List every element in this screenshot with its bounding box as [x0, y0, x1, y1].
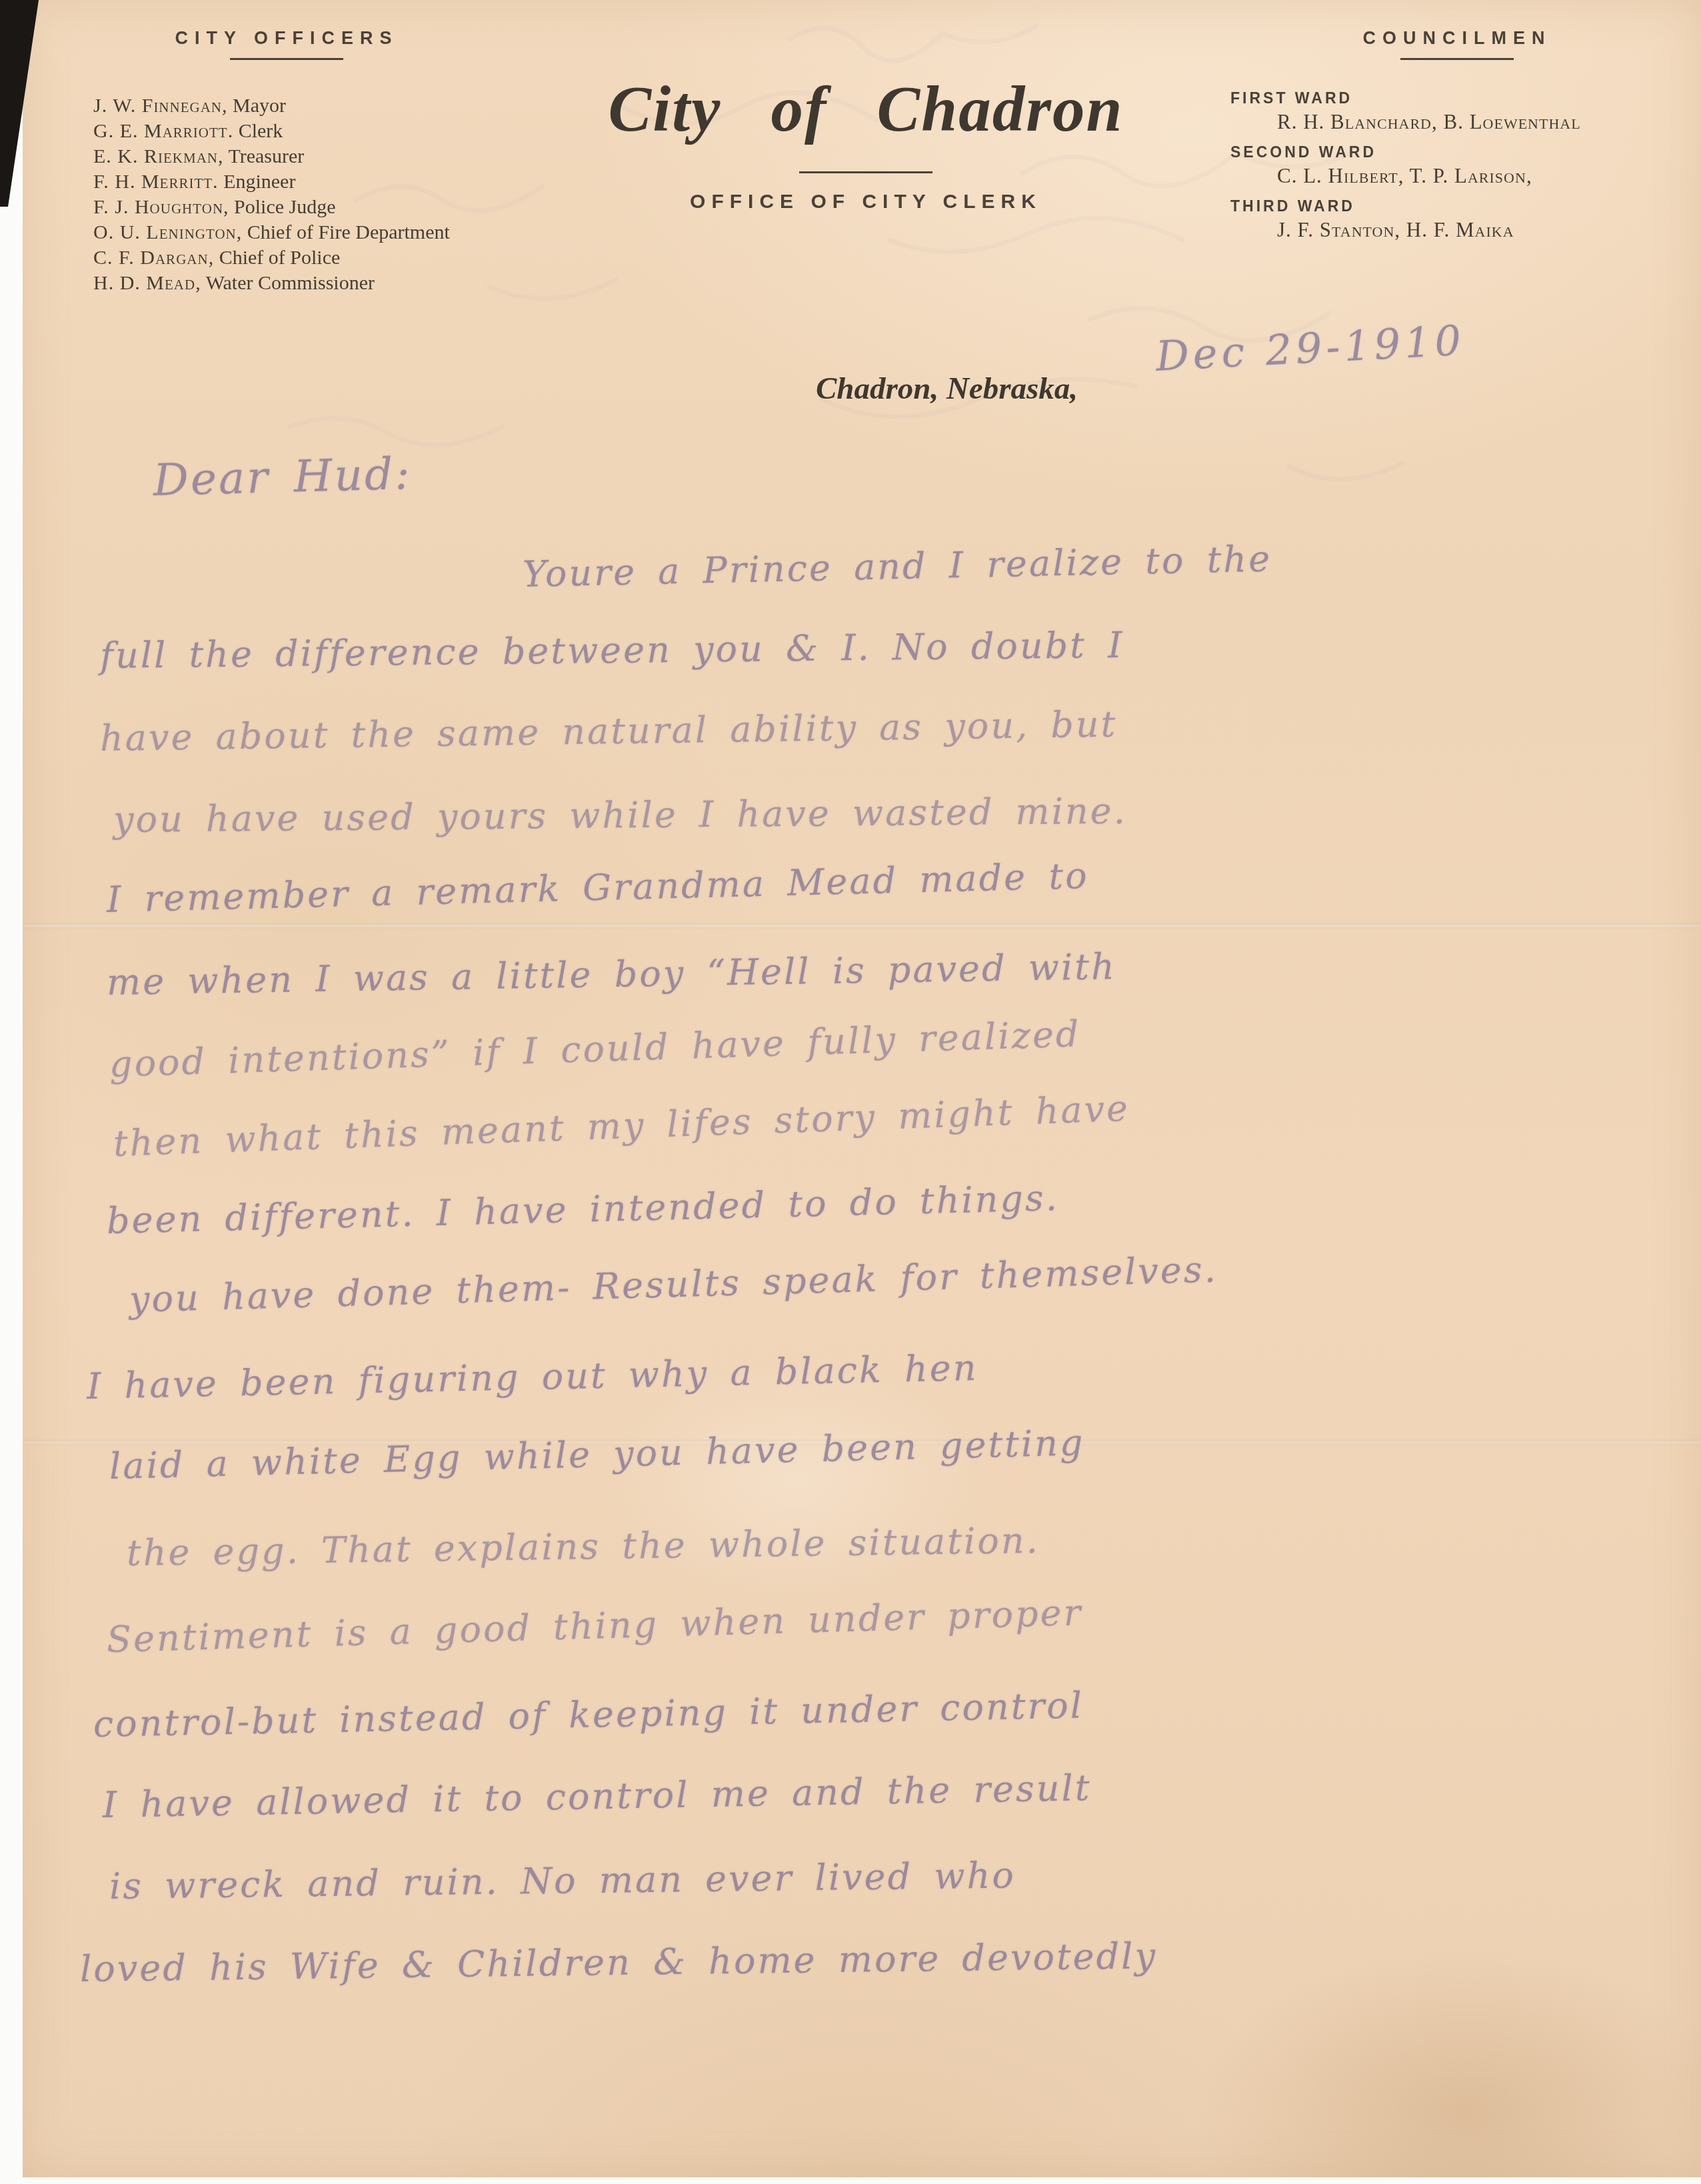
- page-title: City of Chadron: [589, 72, 1142, 146]
- officer-role: Engineer: [223, 171, 295, 193]
- letter-line: you have used yours while I have wasted …: [113, 790, 1127, 841]
- letter-line: Sentiment is a good thing when under pro…: [106, 1591, 1083, 1661]
- letter-line: loved his Wife & Children & home more de…: [80, 1935, 1158, 1990]
- city-officers-heading: CITY OFFICERS: [67, 28, 507, 49]
- letter-line: you have done them- Results speak for th…: [129, 1248, 1218, 1321]
- city-officers-divider: [230, 58, 343, 60]
- officer-role: Mayor: [233, 95, 286, 117]
- letter-line: then what this meant my lifes story migh…: [113, 1087, 1130, 1165]
- officer-name: F. H. Merritt.: [93, 171, 219, 193]
- ward-label: FIRST WARD: [1230, 89, 1684, 107]
- letter-line: me when I was a little boy “Hell is pave…: [107, 945, 1117, 1003]
- letter-line: is wreck and ruin. No man ever lived who: [109, 1854, 1016, 1907]
- fold-crease-upper: [23, 923, 1701, 928]
- officer-row: E. K. Riekman, Treasurer: [93, 144, 507, 169]
- salutation: Dear Hud:: [153, 448, 412, 506]
- letter-line: have about the same natural ability as y…: [100, 703, 1118, 759]
- officer-role: Chief of Police: [219, 247, 341, 269]
- office-subtitle: OFFICE OF CITY CLERK: [589, 191, 1142, 213]
- officer-row: F. H. Merritt. Engineer: [93, 169, 507, 195]
- ward-label: THIRD WARD: [1230, 197, 1684, 215]
- ward-members: R. H. Blanchard, B. Loewenthal: [1230, 110, 1684, 134]
- ward-members: J. F. Stanton, H. F. Maika: [1230, 218, 1684, 242]
- letter-paper: CITY OFFICERS J. W. Finnegan, Mayor G. E…: [23, 0, 1701, 2177]
- letter-line: the egg. That explains the whole situati…: [127, 1519, 1040, 1574]
- letter-line: I have been figuring out why a black hen: [86, 1347, 978, 1407]
- officer-name: E. K. Riekman,: [93, 145, 224, 167]
- officer-name: J. W. Finnegan,: [93, 95, 228, 117]
- letter-line: been different. I have intended to do th…: [106, 1177, 1059, 1242]
- officer-row: O. U. Lenington, Chief of Fire Departmen…: [93, 220, 507, 245]
- officer-row: H. D. Mead, Water Commissioner: [93, 271, 507, 296]
- officer-role: Water Commissioner: [206, 272, 375, 294]
- officer-row: C. F. Dargan, Chief of Police: [93, 245, 507, 271]
- letter-line: control-but instead of keeping it under …: [93, 1684, 1084, 1745]
- officer-row: G. E. Marriott. Clerk: [93, 119, 507, 144]
- officer-name: C. F. Dargan,: [93, 247, 214, 269]
- officer-role: Clerk: [239, 120, 283, 142]
- dateline-printed: Chadron, Nebraska,: [816, 371, 1078, 407]
- ward-members: C. L. Hilbert, T. P. Larison,: [1230, 164, 1684, 188]
- letter-line: I have allowed it to control me and the …: [102, 1767, 1091, 1826]
- letter-line: laid a white Egg while you have been get…: [109, 1421, 1085, 1487]
- scanned-letter-page: { "colors": { "paper": "#efd5b7", "print…: [0, 0, 1701, 2184]
- officer-name: G. E. Marriott.: [93, 120, 233, 142]
- letterhead-title-block: City of Chadron OFFICE OF CITY CLERK: [589, 72, 1142, 213]
- letter-line: good intentions” if I could have fully r…: [109, 1013, 1081, 1085]
- officer-role: Police Judge: [234, 196, 335, 218]
- letter-line: I remember a remark Grandma Mead made to: [106, 855, 1089, 921]
- officer-name: H. D. Mead,: [93, 272, 201, 294]
- ward-label: SECOND WARD: [1230, 143, 1684, 161]
- title-divider: [799, 171, 932, 173]
- officer-name: F. J. Houghton,: [93, 196, 229, 218]
- officer-role: Chief of Fire Department: [247, 221, 450, 243]
- officer-row: F. J. Houghton, Police Judge: [93, 195, 507, 220]
- councilmen-divider: [1400, 58, 1514, 60]
- city-officers-list: J. W. Finnegan, Mayor G. E. Marriott. Cl…: [67, 93, 507, 296]
- councilmen-heading: COUNCILMEN: [1230, 28, 1684, 49]
- officer-name: O. U. Lenington,: [93, 221, 242, 243]
- city-officers-block: CITY OFFICERS J. W. Finnegan, Mayor G. E…: [67, 28, 507, 296]
- officer-role: Treasurer: [228, 145, 304, 167]
- officer-row: J. W. Finnegan, Mayor: [93, 93, 507, 119]
- councilmen-list: FIRST WARD R. H. Blanchard, B. Loewentha…: [1230, 89, 1684, 242]
- councilmen-block: COUNCILMEN FIRST WARD R. H. Blanchard, B…: [1230, 28, 1684, 251]
